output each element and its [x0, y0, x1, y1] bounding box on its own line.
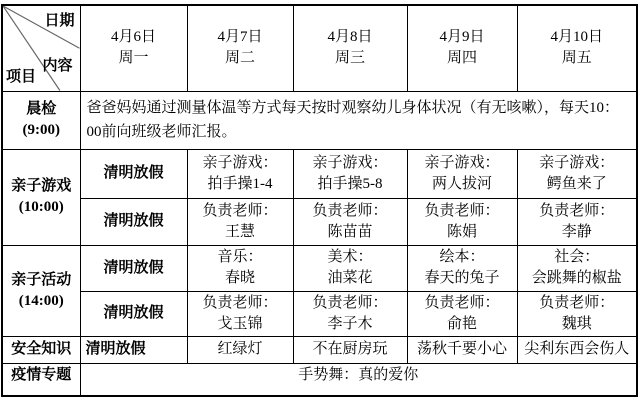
cell-game-teacher-thu: 负责老师： 陈娟 — [407, 198, 517, 245]
activity-line2: 春晓 — [191, 268, 290, 289]
morning-check-text: 爸爸妈妈通过测量体温等方式每天按时观察幼儿身体状况（有无咳嗽），每天10：00前… — [87, 100, 620, 140]
header-day-thu: 4月9日 周四 — [407, 5, 517, 91]
header-date: 4月9日 — [411, 27, 514, 48]
cell-game-activity-fri: 亲子游戏： 鳄鱼来了 — [517, 149, 637, 198]
activity-line2: 拍手操1-4 — [191, 174, 290, 195]
activity-line2: 鳄鱼来了 — [521, 174, 634, 195]
teacher-line1: 负责老师： — [411, 201, 514, 222]
cell-game-teacher-tue: 负责老师： 王慧 — [187, 198, 293, 245]
activity-teacher-row: 清明放假 负责老师： 戈玉锦 负责老师： 李子木 负责老师： 俞艳 负责老师： … — [2, 291, 637, 336]
activity-line1: 亲子游戏： — [411, 153, 514, 174]
teacher-line2: 魏琪 — [521, 314, 634, 335]
cell-activity-activity-mon: 清明放假 — [80, 245, 187, 291]
activity-line1: 美术： — [297, 247, 404, 268]
schedule-table: 日期 内容 项目 4月6日 周一 4月7日 周二 4月8日 周三 4月9日 周四… — [1, 4, 638, 397]
cell-safety-tue: 红绿灯 — [187, 336, 293, 363]
row-label-text: 亲子游戏 — [6, 176, 77, 197]
header-date: 4月8日 — [297, 27, 404, 48]
row-label-game: 亲子游戏 (10:00) — [2, 149, 80, 245]
teacher-line2: 李静 — [521, 222, 634, 243]
cell-game-teacher-mon: 清明放假 — [80, 198, 187, 245]
row-label-time: (10:00) — [6, 197, 77, 218]
header-weekday: 周五 — [521, 48, 634, 69]
row-label-time: (9:00) — [6, 120, 77, 141]
header-date: 4月10日 — [521, 27, 634, 48]
cell-activity-teacher-tue: 负责老师： 戈玉锦 — [187, 291, 293, 336]
epidemic-text: 手势舞：真的爱你 — [298, 367, 418, 383]
schedule-sheet: 日期 内容 项目 4月6日 周一 4月7日 周二 4月8日 周三 4月9日 周四… — [0, 4, 643, 412]
header-date: 4月7日 — [191, 27, 290, 48]
holiday-text: 清明放假 — [84, 163, 184, 184]
activity-line1: 亲子游戏： — [521, 153, 634, 174]
activity-line2: 拍手操5-8 — [297, 174, 404, 195]
teacher-line1: 负责老师： — [521, 201, 634, 222]
game-activity-row: 亲子游戏 (10:00) 清明放假 亲子游戏： 拍手操1-4 亲子游戏： 拍手操… — [2, 149, 637, 198]
header-day-wed: 4月8日 周三 — [293, 5, 407, 91]
holiday-text: 清明放假 — [84, 258, 184, 279]
activity-line1: 绘本： — [411, 247, 514, 268]
activity-line1: 音乐： — [191, 247, 290, 268]
activity-activity-row: 亲子活动 (14:00) 清明放假 音乐： 春晓 美术： 油菜花 绘本： 春天的… — [2, 245, 637, 291]
teacher-line1: 负责老师： — [411, 293, 514, 314]
cell-activity-activity-fri: 社会： 会跳舞的椒盐 — [517, 245, 637, 291]
cell-activity-teacher-wed: 负责老师： 李子木 — [293, 291, 407, 336]
teacher-line2: 戈玉锦 — [191, 314, 290, 335]
row-label-epidemic: 疫情专题 — [2, 363, 80, 396]
corner-cell: 日期 内容 项目 — [2, 5, 80, 91]
corner-content-label: 内容 — [42, 56, 72, 77]
header-day-mon: 4月6日 周一 — [80, 5, 187, 91]
teacher-line2: 王慧 — [191, 222, 290, 243]
teacher-line2: 陈苗苗 — [297, 222, 404, 243]
morning-check-text-cell: 爸爸妈妈通过测量体温等方式每天按时观察幼儿身体状况（有无咳嗽），每天10：00前… — [80, 91, 637, 149]
row-label-time: (14:00) — [6, 291, 77, 312]
activity-line1: 亲子游戏： — [297, 153, 404, 174]
cell-activity-activity-tue: 音乐： 春晓 — [187, 245, 293, 291]
corner-date-label: 日期 — [44, 11, 74, 32]
row-label-text: 亲子活动 — [6, 270, 77, 291]
cell-safety-wed: 不在厨房玩 — [293, 336, 407, 363]
activity-line2: 油菜花 — [297, 268, 404, 289]
cell-game-activity-wed: 亲子游戏： 拍手操5-8 — [293, 149, 407, 198]
cell-activity-teacher-mon: 清明放假 — [80, 291, 187, 336]
header-weekday: 周二 — [191, 48, 290, 69]
cell-activity-teacher-thu: 负责老师： 俞艳 — [407, 291, 517, 336]
header-date: 4月6日 — [84, 27, 184, 48]
row-label-safety: 安全知识 — [2, 336, 80, 363]
header-weekday: 周四 — [411, 48, 514, 69]
holiday-text: 清明放假 — [84, 303, 184, 324]
teacher-line1: 负责老师： — [297, 293, 404, 314]
cell-game-teacher-wed: 负责老师： 陈苗苗 — [293, 198, 407, 245]
header-day-fri: 4月10日 周五 — [517, 5, 637, 91]
morning-check-row: 晨检 (9:00) 爸爸妈妈通过测量体温等方式每天按时观察幼儿身体状况（有无咳嗽… — [2, 91, 637, 149]
header-weekday: 周三 — [297, 48, 404, 69]
header-row: 日期 内容 项目 4月6日 周一 4月7日 周二 4月8日 周三 4月9日 周四… — [2, 5, 637, 91]
teacher-line2: 李子木 — [297, 314, 404, 335]
teacher-line1: 负责老师： — [191, 293, 290, 314]
cell-epidemic-text: 手势舞：真的爱你 — [80, 363, 637, 396]
corner-item-label: 项目 — [6, 67, 36, 88]
teacher-line1: 负责老师： — [191, 201, 290, 222]
row-label-activity: 亲子活动 (14:00) — [2, 245, 80, 336]
header-weekday: 周一 — [84, 48, 184, 69]
epidemic-row: 疫情专题 手势舞：真的爱你 — [2, 363, 637, 396]
row-label-text: 安全知识 — [6, 339, 77, 360]
row-label-text: 疫情专题 — [6, 365, 77, 386]
cell-game-teacher-fri: 负责老师： 李静 — [517, 198, 637, 245]
holiday-text: 清明放假 — [84, 211, 184, 232]
activity-line2: 会跳舞的椒盐 — [521, 268, 634, 289]
activity-line1: 亲子游戏： — [191, 153, 290, 174]
activity-line2: 两人拔河 — [411, 174, 514, 195]
row-label-text: 晨检 — [6, 99, 77, 120]
safety-row: 安全知识 清明放假 红绿灯 不在厨房玩 荡秋千要小心 尖利东西会伤人 — [2, 336, 637, 363]
cell-safety-fri: 尖利东西会伤人 — [517, 336, 637, 363]
row-label-morning-check: 晨检 (9:00) — [2, 91, 80, 149]
cell-activity-teacher-fri: 负责老师： 魏琪 — [517, 291, 637, 336]
teacher-line2: 陈娟 — [411, 222, 514, 243]
activity-line1: 社会： — [521, 247, 634, 268]
cell-safety-thu: 荡秋千要小心 — [407, 336, 517, 363]
activity-line2: 春天的兔子 — [411, 268, 514, 289]
teacher-line1: 负责老师： — [297, 201, 404, 222]
cell-game-activity-thu: 亲子游戏： 两人拔河 — [407, 149, 517, 198]
cell-safety-mon: 清明放假 — [80, 336, 187, 363]
game-teacher-row: 清明放假 负责老师： 王慧 负责老师： 陈苗苗 负责老师： 陈娟 负责老师： 李… — [2, 198, 637, 245]
header-day-tue: 4月7日 周二 — [187, 5, 293, 91]
cell-game-activity-mon: 清明放假 — [80, 149, 187, 198]
cell-activity-activity-thu: 绘本： 春天的兔子 — [407, 245, 517, 291]
teacher-line1: 负责老师： — [521, 293, 634, 314]
teacher-line2: 俞艳 — [411, 314, 514, 335]
cell-game-activity-tue: 亲子游戏： 拍手操1-4 — [187, 149, 293, 198]
cell-activity-activity-wed: 美术： 油菜花 — [293, 245, 407, 291]
